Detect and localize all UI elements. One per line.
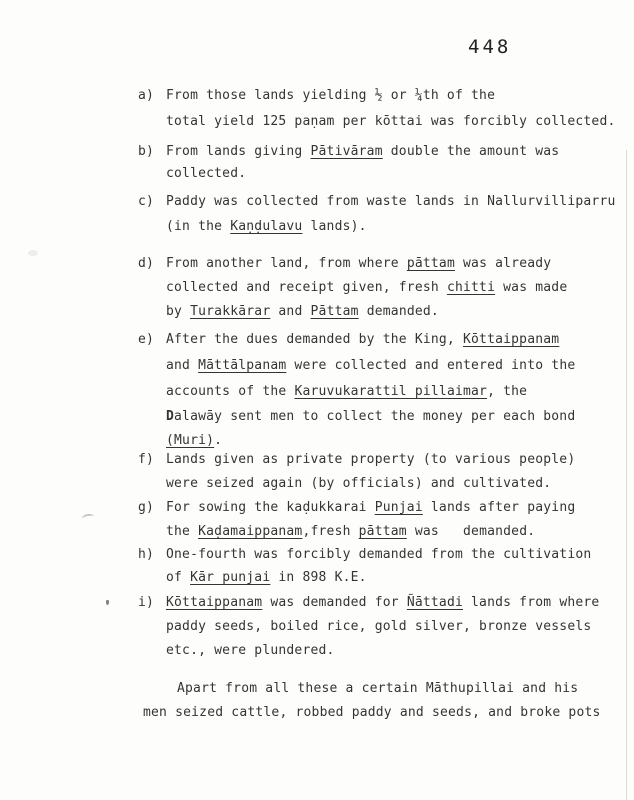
text-segment: was demanded for xyxy=(262,595,406,610)
underlined-term: Kōttaippanam xyxy=(463,332,559,347)
text-segment: was demanded. xyxy=(407,524,535,539)
text-segment: and xyxy=(270,304,310,319)
list-item-label: i) xyxy=(138,595,154,611)
text-segment: the xyxy=(166,524,198,539)
list-item-text-line: collected and receipt given, fresh chitt… xyxy=(166,280,567,296)
paragraph-line: men seized cattle, robbed paddy and seed… xyxy=(143,705,601,721)
list-item-label: g) xyxy=(138,500,154,516)
text-segment: Apart from all these a certain Māthupill… xyxy=(177,681,578,696)
list-item-label: d) xyxy=(138,256,154,272)
list-item-text-line: by Turakkārar and Pāttam demanded. xyxy=(166,304,439,320)
text-segment: lands after paying xyxy=(423,500,576,515)
list-item-text-line: accounts of the Karuvukarattil pillaimar… xyxy=(166,384,527,400)
text-segment: . xyxy=(214,433,222,448)
page-number: 448 xyxy=(468,36,511,58)
text-segment: From those lands yielding ½ or ¼th of th… xyxy=(166,88,495,103)
underlined-term: Pāttam xyxy=(311,304,359,319)
text-segment: by xyxy=(166,304,190,319)
list-item-label: c) xyxy=(138,194,154,210)
underlined-term: Karuvukarattil pillaimar xyxy=(294,384,487,399)
underlined-term: Punjai xyxy=(375,500,423,515)
text-segment: lands). xyxy=(302,219,366,234)
text-segment: of xyxy=(166,570,190,585)
list-item-text-line: Dalawāy sent men to collect the money pe… xyxy=(166,409,575,425)
text-segment: For sowing the kaḍukkarai xyxy=(166,500,375,515)
scan-artifact xyxy=(106,600,109,605)
list-item-text-line: total yield 125 paṇam per kōttai was for… xyxy=(166,114,616,130)
list-item-text-line: Kōttaippanam was demanded for Ñāttadi la… xyxy=(166,595,599,611)
text-segment: double the amount was xyxy=(383,144,560,159)
text-segment: was made xyxy=(495,280,567,295)
text-segment: men seized cattle, robbed paddy and seed… xyxy=(143,705,601,720)
text-segment: etc., were plundered. xyxy=(166,643,335,658)
text-segment: D xyxy=(166,409,174,424)
underlined-term: (Muri) xyxy=(166,433,214,448)
list-item-text-line: From those lands yielding ½ or ¼th of th… xyxy=(166,88,495,104)
list-item-text-line: (in the Kaṇḍulavu lands). xyxy=(166,219,367,235)
text-segment: After the dues demanded by the King, xyxy=(166,332,463,347)
scan-edge-line xyxy=(626,150,627,800)
text-segment: and xyxy=(166,358,198,373)
list-item-text-line: After the dues demanded by the King, Kōt… xyxy=(166,332,559,348)
text-segment: accounts of the xyxy=(166,384,294,399)
text-segment: were seized again (by officials) and cul… xyxy=(166,476,551,491)
list-item-text-line: One-fourth was forcibly demanded from th… xyxy=(166,547,591,563)
list-item-text-line: (Muri). xyxy=(166,433,222,449)
underlined-term: Pātivāram xyxy=(310,144,382,159)
text-segment: Lands given as private property (to vari… xyxy=(166,452,575,467)
list-item-text-line: paddy seeds, boiled rice, gold silver, b… xyxy=(166,619,591,635)
list-item-text-line: From another land, from where pāttam was… xyxy=(166,256,551,272)
underlined-term: Kōttaippanam xyxy=(166,595,262,610)
list-item-text-line: collected. xyxy=(166,166,246,182)
underlined-term: Kār punjai xyxy=(190,570,270,585)
underlined-term: Māttālpanam xyxy=(198,358,286,373)
text-segment: (in the xyxy=(166,219,230,234)
list-item-text-line: and Māttālpanam were collected and enter… xyxy=(166,358,575,374)
list-item-text-line: etc., were plundered. xyxy=(166,643,335,659)
text-segment: From another land, from where xyxy=(166,256,407,271)
text-segment: was already xyxy=(455,256,551,271)
text-segment: total yield 125 paṇam per kōttai was for… xyxy=(166,114,616,129)
scanned-document-page: 448 a)From those lands yielding ½ or ¼th… xyxy=(0,0,634,800)
list-item-text-line: For sowing the kaḍukkarai Punjai lands a… xyxy=(166,500,575,516)
paragraph-line: Apart from all these a certain Māthupill… xyxy=(177,681,578,697)
underlined-term: Kaṇḍulavu xyxy=(230,219,302,234)
scan-artifact xyxy=(81,513,94,522)
text-segment: lands from where xyxy=(463,595,599,610)
list-item-text-line: were seized again (by officials) and cul… xyxy=(166,476,551,492)
underlined-term: chitti xyxy=(447,280,495,295)
list-item-label: b) xyxy=(138,144,154,160)
text-segment: ,fresh xyxy=(302,524,358,539)
text-segment: demanded. xyxy=(359,304,439,319)
underlined-term: Turakkārar xyxy=(190,304,270,319)
list-item-text-line: the Kaḍamaippanam,fresh pāttam was deman… xyxy=(166,524,535,540)
underlined-term: Kaḍamaippanam xyxy=(198,524,302,539)
text-segment: alawāy sent men to collect the money per… xyxy=(174,409,575,424)
text-segment: One-fourth was forcibly demanded from th… xyxy=(166,547,591,562)
text-segment: Paddy was collected from waste lands in … xyxy=(166,194,616,209)
list-item-label: e) xyxy=(138,332,154,348)
list-item-label: f) xyxy=(138,452,154,468)
text-segment: collected and receipt given, fresh xyxy=(166,280,447,295)
scan-artifact xyxy=(28,250,38,256)
text-segment: , the xyxy=(487,384,527,399)
text-segment: were collected and entered into the xyxy=(286,358,575,373)
underlined-term: pāttam xyxy=(359,524,407,539)
list-item-text-line: Paddy was collected from waste lands in … xyxy=(166,194,616,210)
underlined-term: Ñāttadi xyxy=(407,595,463,610)
list-item-label: a) xyxy=(138,88,154,104)
text-segment: collected. xyxy=(166,166,246,181)
text-segment: in 898 K.E. xyxy=(270,570,366,585)
list-item-text-line: of Kār punjai in 898 K.E. xyxy=(166,570,367,586)
text-segment: From lands giving xyxy=(166,144,310,159)
list-item-text-line: From lands giving Pātivāram double the a… xyxy=(166,144,559,160)
list-item-label: h) xyxy=(138,547,154,563)
list-item-text-line: Lands given as private property (to vari… xyxy=(166,452,575,468)
underlined-term: pāttam xyxy=(407,256,455,271)
text-segment: paddy seeds, boiled rice, gold silver, b… xyxy=(166,619,591,634)
